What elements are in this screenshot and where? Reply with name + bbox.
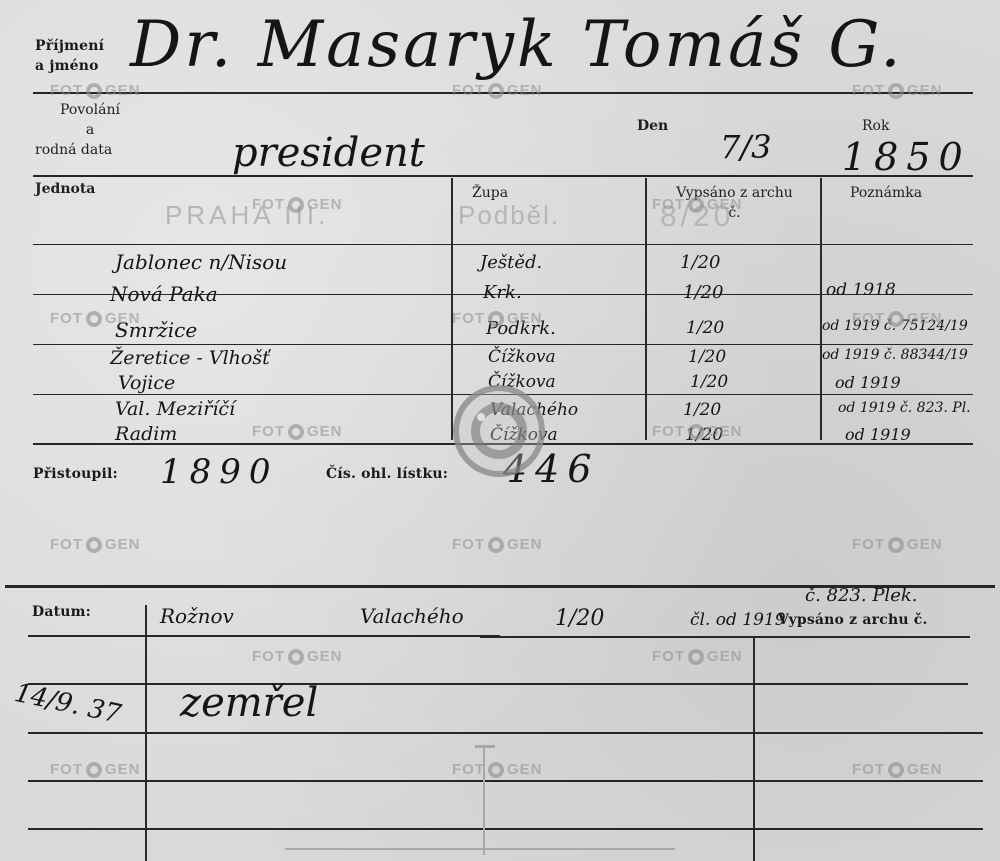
year-label: Rok (862, 118, 889, 134)
watermark-logo-icon (288, 649, 304, 665)
watermark-logo-icon (888, 311, 904, 327)
watermark-logo-icon (688, 197, 704, 213)
archive-label: Vypsáno z archu č. (778, 612, 928, 628)
row-county: Krk. (483, 282, 522, 303)
watermark-logo-icon (86, 83, 102, 99)
county-header: Župa (472, 185, 508, 201)
row-unit: Jablonec n/Nisou (115, 250, 287, 274)
name-label-line2: a jméno (35, 56, 104, 76)
watermark-logo-icon (888, 83, 904, 99)
row-divider (28, 635, 500, 637)
row-archive: 1/20 (680, 252, 720, 273)
watermark: FOTGEN (50, 310, 141, 327)
row-divider (480, 636, 970, 638)
row-divider (33, 344, 973, 345)
watermark: FOTGEN (452, 536, 543, 553)
row-archive: 1/20 (683, 400, 721, 420)
row-note: od 1919 č. 88344/19 (822, 347, 968, 363)
name-value: Dr. Masaryk Tomáš G. (130, 8, 904, 82)
column-divider (451, 178, 453, 440)
row-unit: Radim (115, 423, 177, 445)
row-note: od 1919 č. 823. Pl. (838, 400, 971, 416)
watermark-logo-icon (488, 537, 504, 553)
divider (33, 175, 973, 177)
watermark: FOTGEN (50, 82, 141, 99)
row-archive: 1/20 (683, 282, 723, 303)
row-unit: Nová Paka (110, 282, 218, 306)
unit-header: Jednota (35, 181, 95, 197)
watermark: FOTGEN (652, 423, 743, 440)
watermark: FOTGEN (50, 761, 141, 778)
occupation-value: president (232, 130, 425, 176)
watermark: FOTGEN (252, 196, 343, 213)
occupation-label-line2: a (35, 120, 145, 140)
watermark: FOTGEN (252, 648, 343, 665)
row-unit: Žeretice - Vlhošť (110, 347, 270, 369)
county-stamp: Podběl. (458, 200, 560, 231)
column-divider (645, 178, 647, 440)
row-divider (28, 683, 968, 685)
number-note-value: č. 823. Plek. (805, 585, 917, 606)
year-value: 1850 (842, 135, 971, 179)
watermark-logo-icon (86, 311, 102, 327)
row-note: od 1919 (835, 373, 901, 392)
watermark: FOTGEN (852, 536, 943, 553)
member-since-value: čl. od 1919 (690, 610, 786, 630)
watermark-logo-icon (288, 197, 304, 213)
joined-label: Přistoupil: (33, 466, 118, 482)
row-divider (28, 828, 983, 830)
card-number-label: Čís. ohl. lístku: (326, 466, 448, 482)
name-label-line1: Příjmení (35, 36, 104, 56)
watermark-logo-icon (888, 762, 904, 778)
occupation-label-line1: Povolání (35, 100, 145, 120)
camera-shutter-logo-icon (453, 385, 545, 477)
entry-date: 14/9. 37 (12, 678, 124, 730)
row-divider (28, 732, 983, 734)
date-label: Datum: (32, 604, 91, 620)
archive-value: 1/20 (555, 606, 604, 631)
watermark: FOTGEN (852, 82, 943, 99)
occupation-label-line3: rodná data (35, 140, 145, 160)
day-label: Den (637, 118, 668, 134)
joined-value: 1890 (160, 452, 279, 492)
watermark-logo-icon (688, 649, 704, 665)
row-divider (28, 780, 983, 782)
watermark-logo-icon (488, 762, 504, 778)
watermark-logo-icon (888, 537, 904, 553)
pencil-mark (285, 848, 675, 850)
watermark-logo-icon (688, 424, 704, 440)
watermark: FOTGEN (252, 423, 343, 440)
place-value: Rožnov (160, 604, 234, 628)
day-value: 7/3 (720, 128, 772, 166)
watermark: FOTGEN (852, 761, 943, 778)
watermark: FOTGEN (652, 196, 743, 213)
row-archive: 1/20 (690, 372, 728, 392)
watermark: FOTGEN (452, 310, 543, 327)
row-archive: 1/20 (688, 347, 726, 367)
county-value: Valachého (360, 604, 464, 628)
row-note: od 1918 (826, 280, 896, 300)
entry-text: zemřel (180, 680, 318, 726)
watermark-logo-icon (86, 762, 102, 778)
name-label: Příjmení a jméno (35, 36, 104, 76)
occupation-label: Povolání a rodná data (35, 100, 145, 160)
watermark-logo-icon (86, 537, 102, 553)
note-header: Poznámka (850, 185, 922, 201)
watermark: FOTGEN (652, 648, 743, 665)
row-archive: 1/20 (686, 318, 724, 338)
watermark: FOTGEN (452, 82, 543, 99)
watermark-logo-icon (488, 311, 504, 327)
column-divider (820, 178, 822, 440)
row-note: od 1919 (845, 425, 911, 444)
watermark: FOTGEN (50, 536, 141, 553)
watermark: FOTGEN (452, 761, 543, 778)
row-county: Čížkova (488, 347, 556, 367)
row-unit: Vojice (118, 372, 175, 394)
watermark-logo-icon (488, 83, 504, 99)
pencil-mark (475, 745, 495, 748)
row-unit: Val. Meziříčí (115, 398, 235, 420)
watermark: FOTGEN (852, 310, 943, 327)
row-divider (33, 244, 973, 245)
row-county: Ještěd. (480, 252, 542, 273)
watermark-logo-icon (288, 424, 304, 440)
